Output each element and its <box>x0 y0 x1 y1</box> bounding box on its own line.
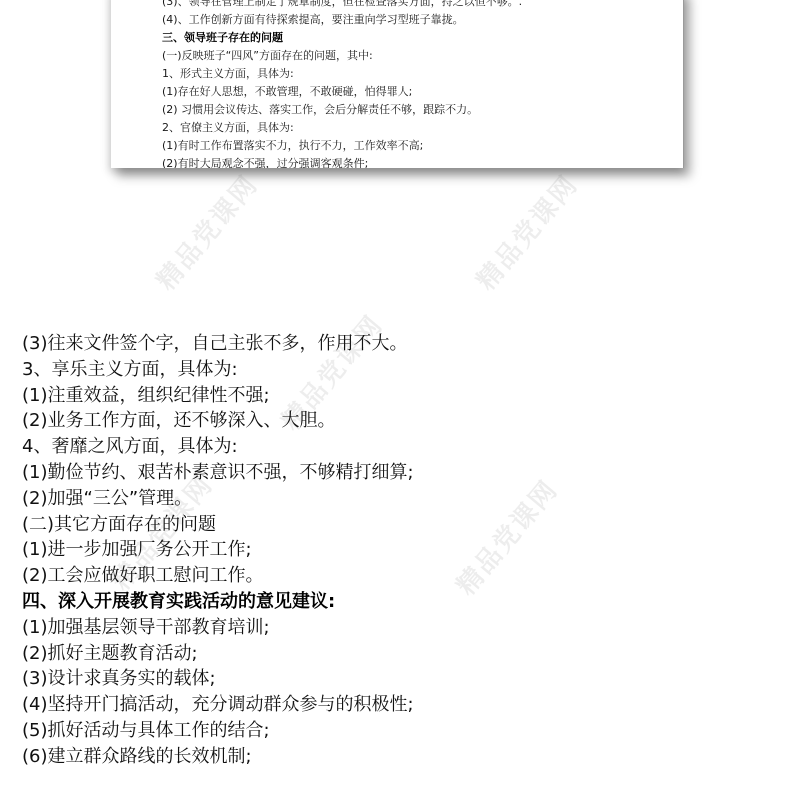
body-line: (1)加强基层领导干部教育培训; <box>22 615 414 641</box>
preview-line: 1、形式主义方面，具体为: <box>162 65 522 83</box>
preview-line: (1)存在好人思想，不敢管理，不敢硬碰，怕得罪人; <box>162 83 522 101</box>
watermark-text: 精品党课网 <box>147 166 265 297</box>
watermark-text: 精品党课网 <box>467 166 585 297</box>
preview-section-heading: 三、领导班子存在的问题 <box>162 29 522 47</box>
body-line: (2)加强“三公”管理。 <box>22 486 414 512</box>
preview-line: (2) 习惯用会议传达、落实工作，会后分解责任不够，跟踪不力。 <box>162 101 522 119</box>
body-line: 4、奢靡之风方面，具体为: <box>22 434 414 460</box>
body-line: (6)建立群众路线的长效机制; <box>22 744 414 770</box>
preview-line: (3)、领导在管理上制定了规章制度，但在检查落实方面，持之以恒不够。. <box>162 0 522 11</box>
document-body-text: (3)往来文件签个字，自己主张不多，作用不大。 3、享乐主义方面，具体为: (1… <box>22 331 414 770</box>
body-line: (1)进一步加强厂务公开工作; <box>22 537 414 563</box>
preview-line: (一)反映班子“四风”方面存在的问题，其中: <box>162 47 522 65</box>
body-section-heading: 四、深入开展教育实践活动的意见建议: <box>22 589 414 615</box>
body-line: (1)注重效益，组织纪律性不强; <box>22 383 414 409</box>
body-line: (2)业务工作方面，还不够深入、大胆。 <box>22 408 414 434</box>
body-line: (2)抓好主题教育活动; <box>22 641 414 667</box>
body-line: (1)勤俭节约、艰苦朴素意识不强，不够精打细算; <box>22 460 414 486</box>
body-line: (4)坚持开门搞活动，充分调动群众参与的积极性; <box>22 692 414 718</box>
body-line: (3)设计求真务实的载体; <box>22 666 414 692</box>
body-line: (二)其它方面存在的问题 <box>22 512 414 538</box>
document-page-preview: (3)、领导在管理上制定了规章制度，但在检查落实方面，持之以恒不够。. (4)、… <box>111 0 684 168</box>
preview-line: (1)有时工作布置落实不力，执行不力，工作效率不高; <box>162 137 522 155</box>
body-line: (5)抓好活动与具体工作的结合; <box>22 718 414 744</box>
body-line: (3)往来文件签个字，自己主张不多，作用不大。 <box>22 331 414 357</box>
body-line: (2)工会应做好职工慰问工作。 <box>22 563 414 589</box>
preview-text-block: (3)、领导在管理上制定了规章制度，但在检查落实方面，持之以恒不够。. (4)、… <box>162 0 522 168</box>
watermark-text: 精品党课网 <box>447 471 565 602</box>
preview-line: (4)、工作创新方面有待探索提高，要注重向学习型班子靠拢。 <box>162 11 522 29</box>
body-line: 3、享乐主义方面，具体为: <box>22 357 414 383</box>
preview-line: (2)有时大局观念不强，过分强调客观条件; <box>162 155 522 168</box>
preview-line: 2、官僚主义方面，具体为: <box>162 119 522 137</box>
